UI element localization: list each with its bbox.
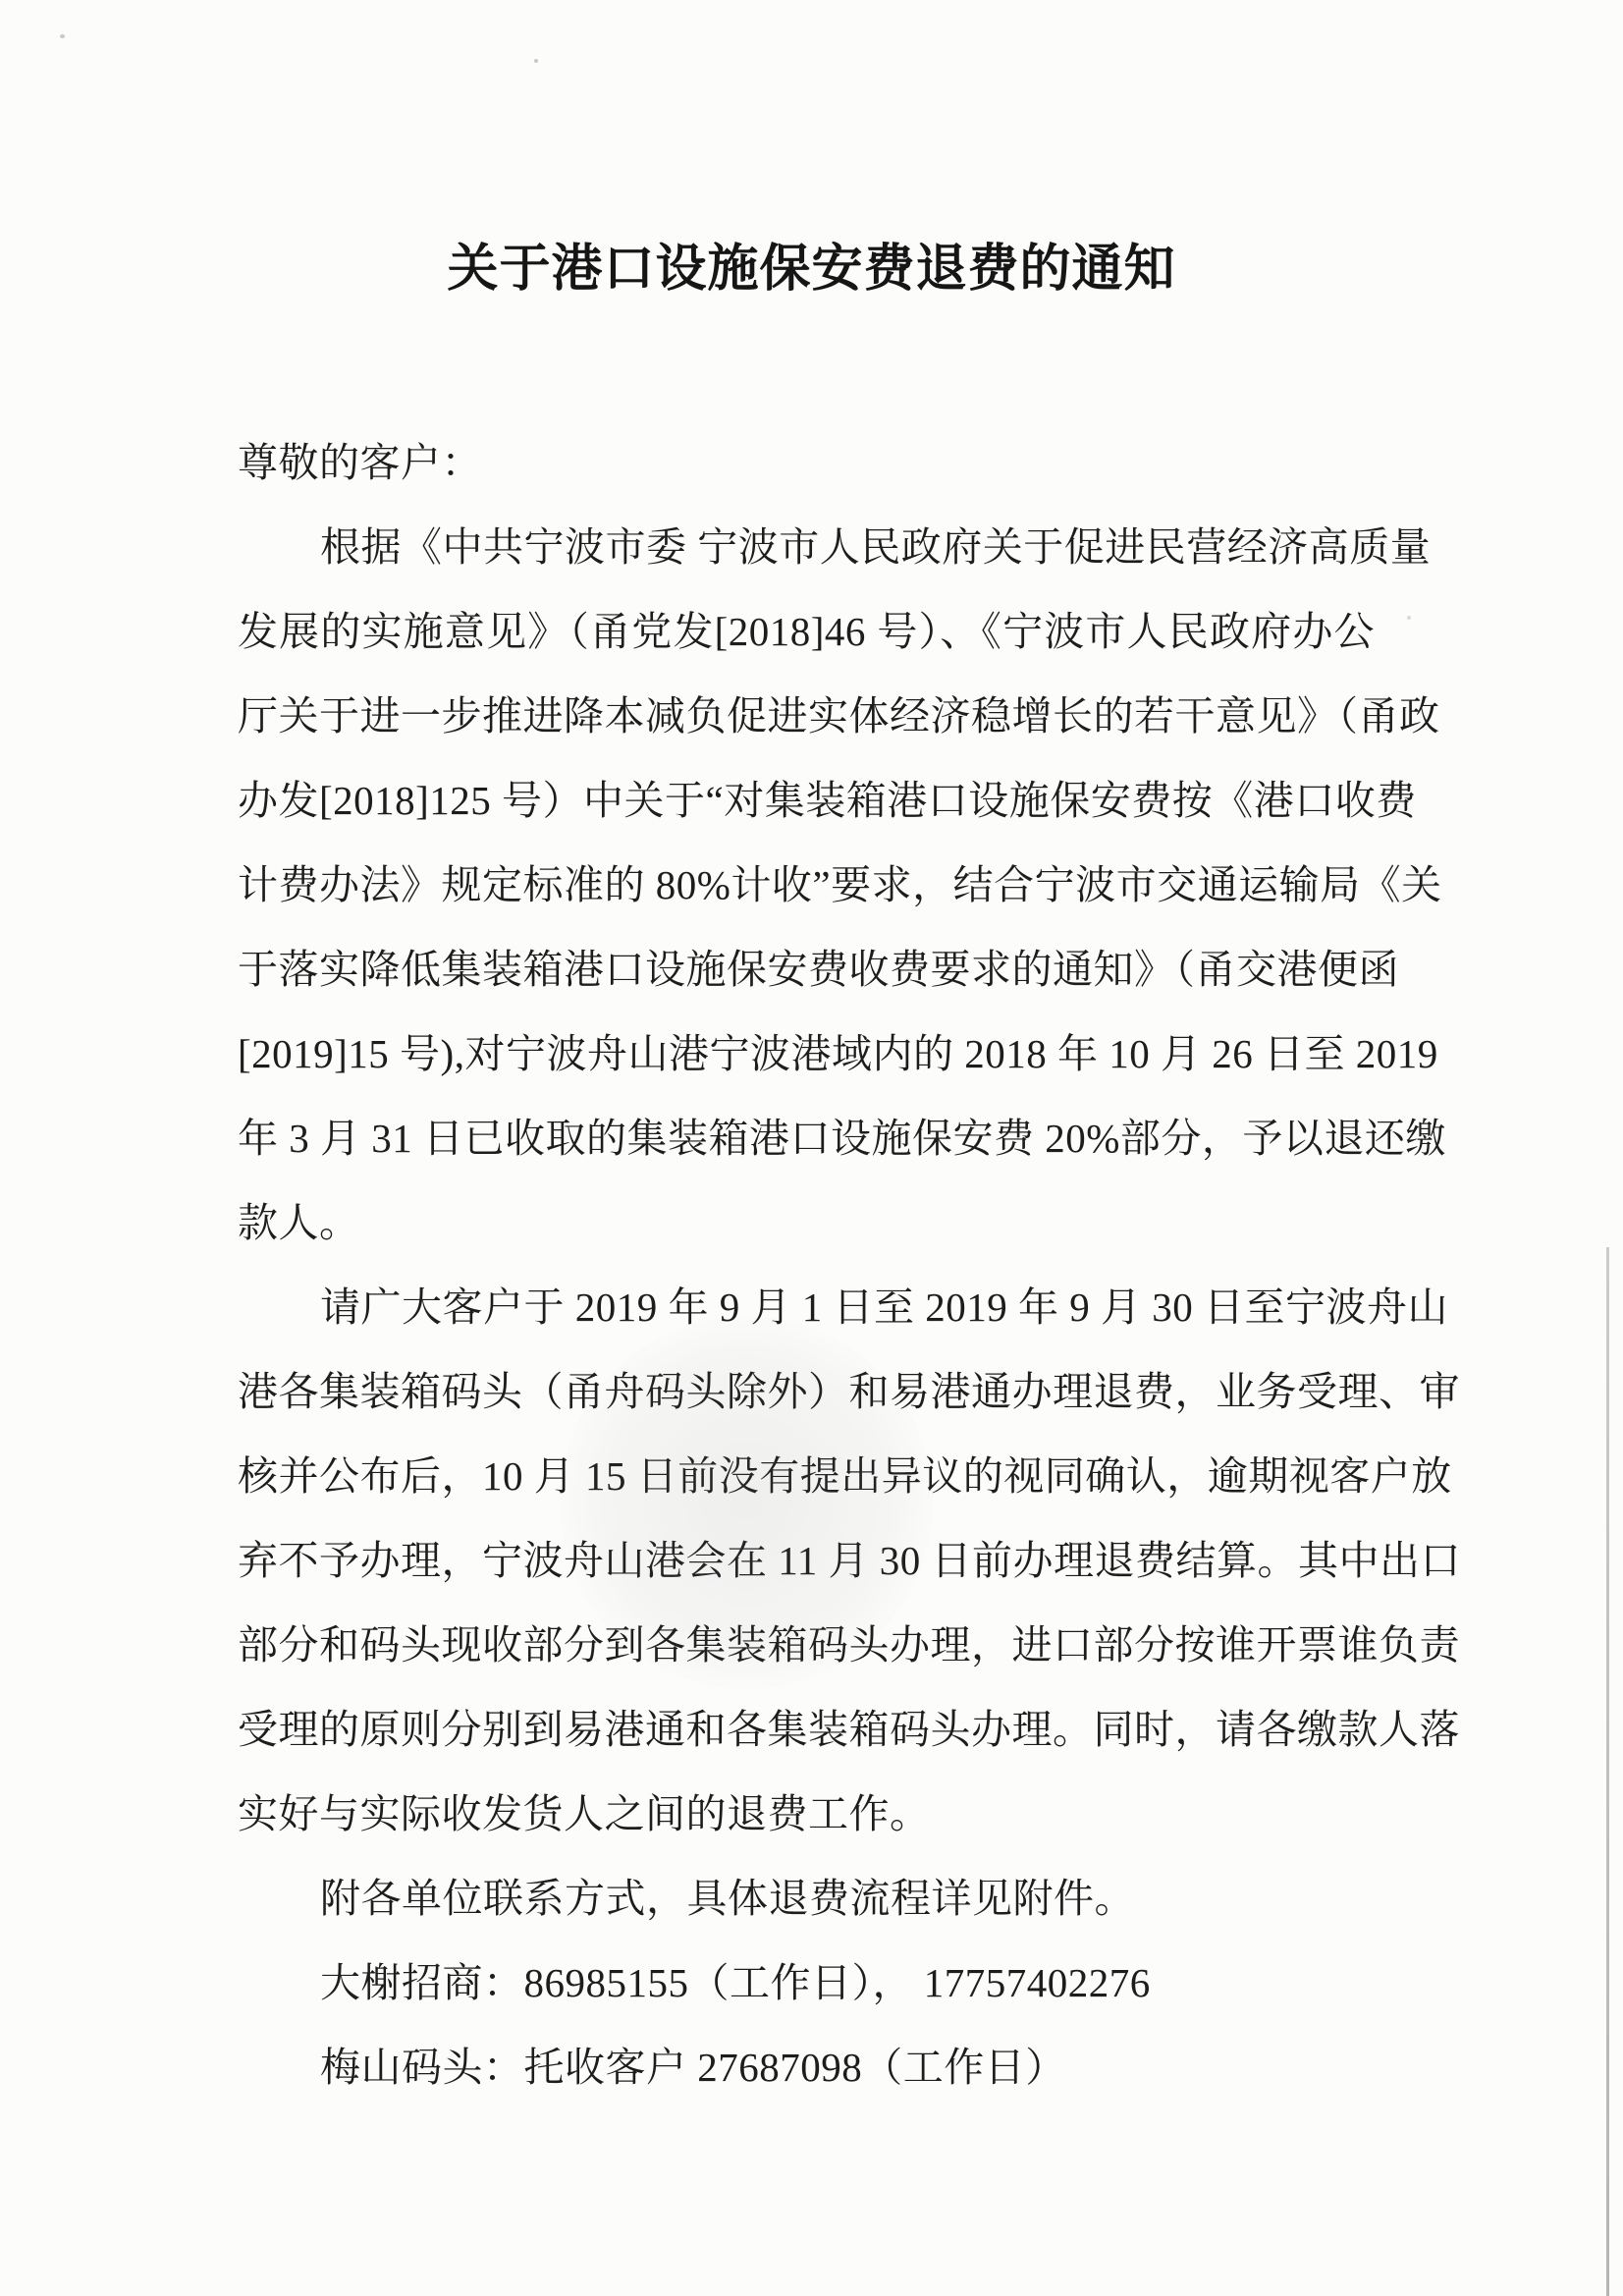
greeting-line: 尊敬的客户： [238, 420, 1375, 505]
scan-speck [534, 59, 538, 63]
document-body: 尊敬的客户： 根据《中共宁波市委 宁波市人民政府关于促进民营经济高质量 发展的实… [238, 420, 1375, 2109]
attachment-note-line: 附各单位联系方式，具体退费流程详见附件。 [238, 1856, 1375, 1941]
paragraph1-line: [2019]15 号),对宁波舟山港宁波港域内的 2018 年 10 月 26 … [238, 1011, 1375, 1096]
paragraph1-line: 计费办法》规定标准的 80%计收”要求，结合宁波市交通运输局《关 [238, 843, 1375, 927]
scan-edge-line-artifact [1606, 1247, 1609, 2296]
paragraph1-line: 办发[2018]125 号）中关于“对集装箱港口设施保安费按《港口收费 [238, 758, 1375, 843]
paragraph2-line: 部分和码头现收部分到各集装箱码头办理，进口部分按谁开票谁负责 [238, 1603, 1375, 1687]
scanned-notice-page: 关于港口设施保安费退费的通知 尊敬的客户： 根据《中共宁波市委 宁波市人民政府关… [0, 0, 1623, 2296]
paragraph1-line: 于落实降低集装箱港口设施保安费收费要求的通知》（甬交港便函 [238, 927, 1375, 1011]
paragraph2-line: 受理的原则分别到易港通和各集装箱码头办理。同时，请各缴款人落 [238, 1687, 1375, 1772]
paragraph1-line: 款人。 [238, 1180, 1375, 1265]
paragraph2-line: 请广大客户于 2019 年 9 月 1 日至 2019 年 9 月 30 日至宁… [238, 1265, 1375, 1349]
paragraph2-line: 港各集装箱码头（甬舟码头除外）和易港通办理退费，业务受理、审 [238, 1349, 1375, 1434]
paragraph2-line: 实好与实际收发货人之间的退费工作。 [238, 1772, 1375, 1856]
paragraph2-line: 核并公布后，10 月 15 日前没有提出异议的视同确认，逾期视客户放 [238, 1434, 1375, 1518]
scan-speck [60, 34, 65, 38]
contact-line-meishan: 梅山码头：托收客户 27687098（工作日） [238, 2025, 1375, 2109]
document-title: 关于港口设施保安费退费的通知 [0, 236, 1623, 304]
contact-line-daxie: 大榭招商：86985155（工作日）， 17757402276 [238, 1941, 1375, 2025]
paragraph1-line: 厅关于进一步推进降本减负促进实体经济稳增长的若干意见》（甬政 [238, 674, 1375, 758]
paragraph1-line: 年 3 月 31 日已收取的集装箱港口设施保安费 20%部分，予以退还缴 [238, 1096, 1375, 1180]
paragraph1-line: 发展的实施意见》（甬党发[2018]46 号）、《宁波市人民政府办公 [238, 589, 1375, 674]
paragraph1-line: 根据《中共宁波市委 宁波市人民政府关于促进民营经济高质量 [238, 505, 1375, 589]
paragraph2-line: 弃不予办理，宁波舟山港会在 11 月 30 日前办理退费结算。其中出口 [238, 1518, 1375, 1603]
scan-speck [1407, 616, 1411, 620]
